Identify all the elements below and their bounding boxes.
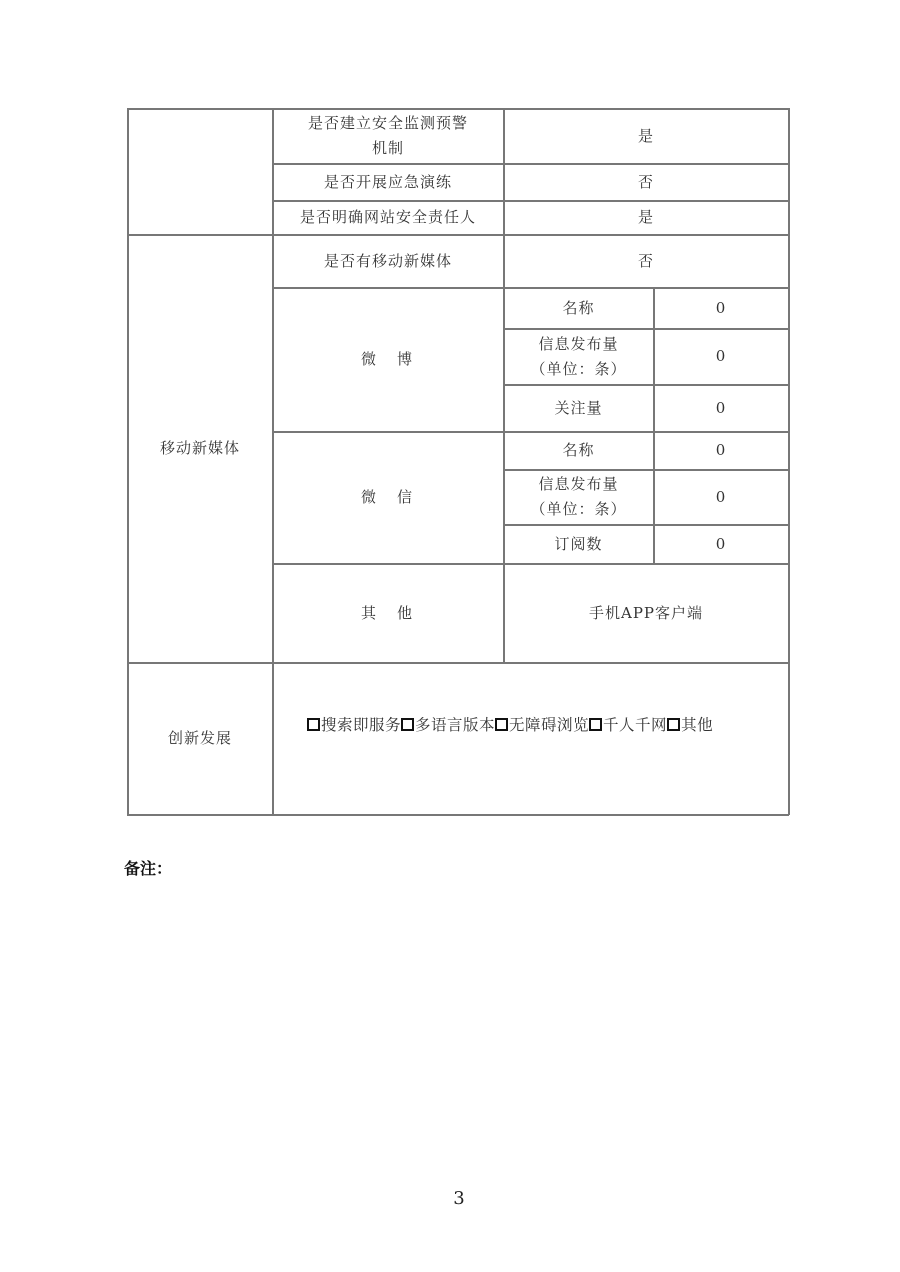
checkbox-icon[interactable] bbox=[307, 718, 320, 731]
table-border-right bbox=[788, 108, 790, 815]
option-label: 多语言版本 bbox=[415, 716, 495, 734]
wechat-label: 微 信 bbox=[273, 432, 503, 563]
option-label: 无障碍浏览 bbox=[509, 716, 589, 734]
weibo-name-label: 名称 bbox=[504, 288, 653, 328]
table-border-bottom bbox=[127, 814, 789, 816]
wechat-name-value: 0 bbox=[654, 432, 788, 469]
weibo-name-value: 0 bbox=[654, 288, 788, 328]
mobile-media-section-label: 移动新媒体 bbox=[128, 235, 272, 662]
weibo-followers-value: 0 bbox=[654, 385, 788, 431]
option-label: 千人千网 bbox=[603, 716, 667, 734]
label-line: 信息发布量 bbox=[538, 332, 618, 357]
checkbox-icon[interactable] bbox=[667, 718, 680, 731]
weibo-followers-label: 关注量 bbox=[504, 385, 653, 431]
option-multilingual[interactable]: 多语言版本 bbox=[401, 713, 495, 738]
option-other[interactable]: 其他 bbox=[667, 713, 713, 738]
checkbox-icon[interactable] bbox=[401, 718, 414, 731]
security-officer-value: 是 bbox=[504, 201, 788, 234]
emergency-drill-value: 否 bbox=[504, 164, 788, 200]
option-search-as-service[interactable]: 搜索即服务 bbox=[307, 713, 401, 738]
security-officer-label: 是否明确网站安全责任人 bbox=[273, 201, 503, 234]
checkbox-icon[interactable] bbox=[589, 718, 602, 731]
wechat-subscribers-label: 订阅数 bbox=[504, 525, 653, 563]
option-accessibility[interactable]: 无障碍浏览 bbox=[495, 713, 589, 738]
note-label: 备注： bbox=[124, 856, 172, 879]
emergency-drill-label: 是否开展应急演练 bbox=[273, 164, 503, 200]
label-line: （单位：条） bbox=[530, 497, 626, 522]
option-personalized[interactable]: 千人千网 bbox=[589, 713, 667, 738]
label-line: （单位：条） bbox=[530, 357, 626, 382]
label-line: 信息发布量 bbox=[538, 472, 618, 497]
wechat-subscribers-value: 0 bbox=[654, 525, 788, 563]
other-media-value: 手机APP客户端 bbox=[504, 564, 788, 662]
weibo-posts-label: 信息发布量 （单位：条） bbox=[504, 329, 653, 384]
security-monitoring-value: 是 bbox=[504, 109, 788, 163]
wechat-posts-value: 0 bbox=[654, 470, 788, 524]
label-line: 机制 bbox=[372, 136, 404, 161]
checkbox-icon[interactable] bbox=[495, 718, 508, 731]
has-mobile-media-value: 否 bbox=[504, 235, 788, 287]
wechat-posts-label: 信息发布量 （单位：条） bbox=[504, 470, 653, 524]
innovation-options: 搜索即服务 多语言版本 无障碍浏览 千人千网 其他 bbox=[273, 663, 788, 788]
option-label: 搜索即服务 bbox=[321, 716, 401, 734]
has-mobile-media-label: 是否有移动新媒体 bbox=[273, 235, 503, 287]
label-line: 是否建立安全监测预警 bbox=[308, 111, 468, 136]
weibo-label: 微 博 bbox=[273, 288, 503, 431]
weibo-posts-value: 0 bbox=[654, 329, 788, 384]
security-monitoring-label: 是否建立安全监测预警 机制 bbox=[273, 109, 503, 163]
wechat-name-label: 名称 bbox=[504, 432, 653, 469]
other-media-label: 其 他 bbox=[273, 564, 503, 662]
page-number: 3 bbox=[0, 1188, 900, 1209]
option-label: 其他 bbox=[681, 716, 713, 734]
innovation-section-label: 创新发展 bbox=[128, 663, 272, 814]
